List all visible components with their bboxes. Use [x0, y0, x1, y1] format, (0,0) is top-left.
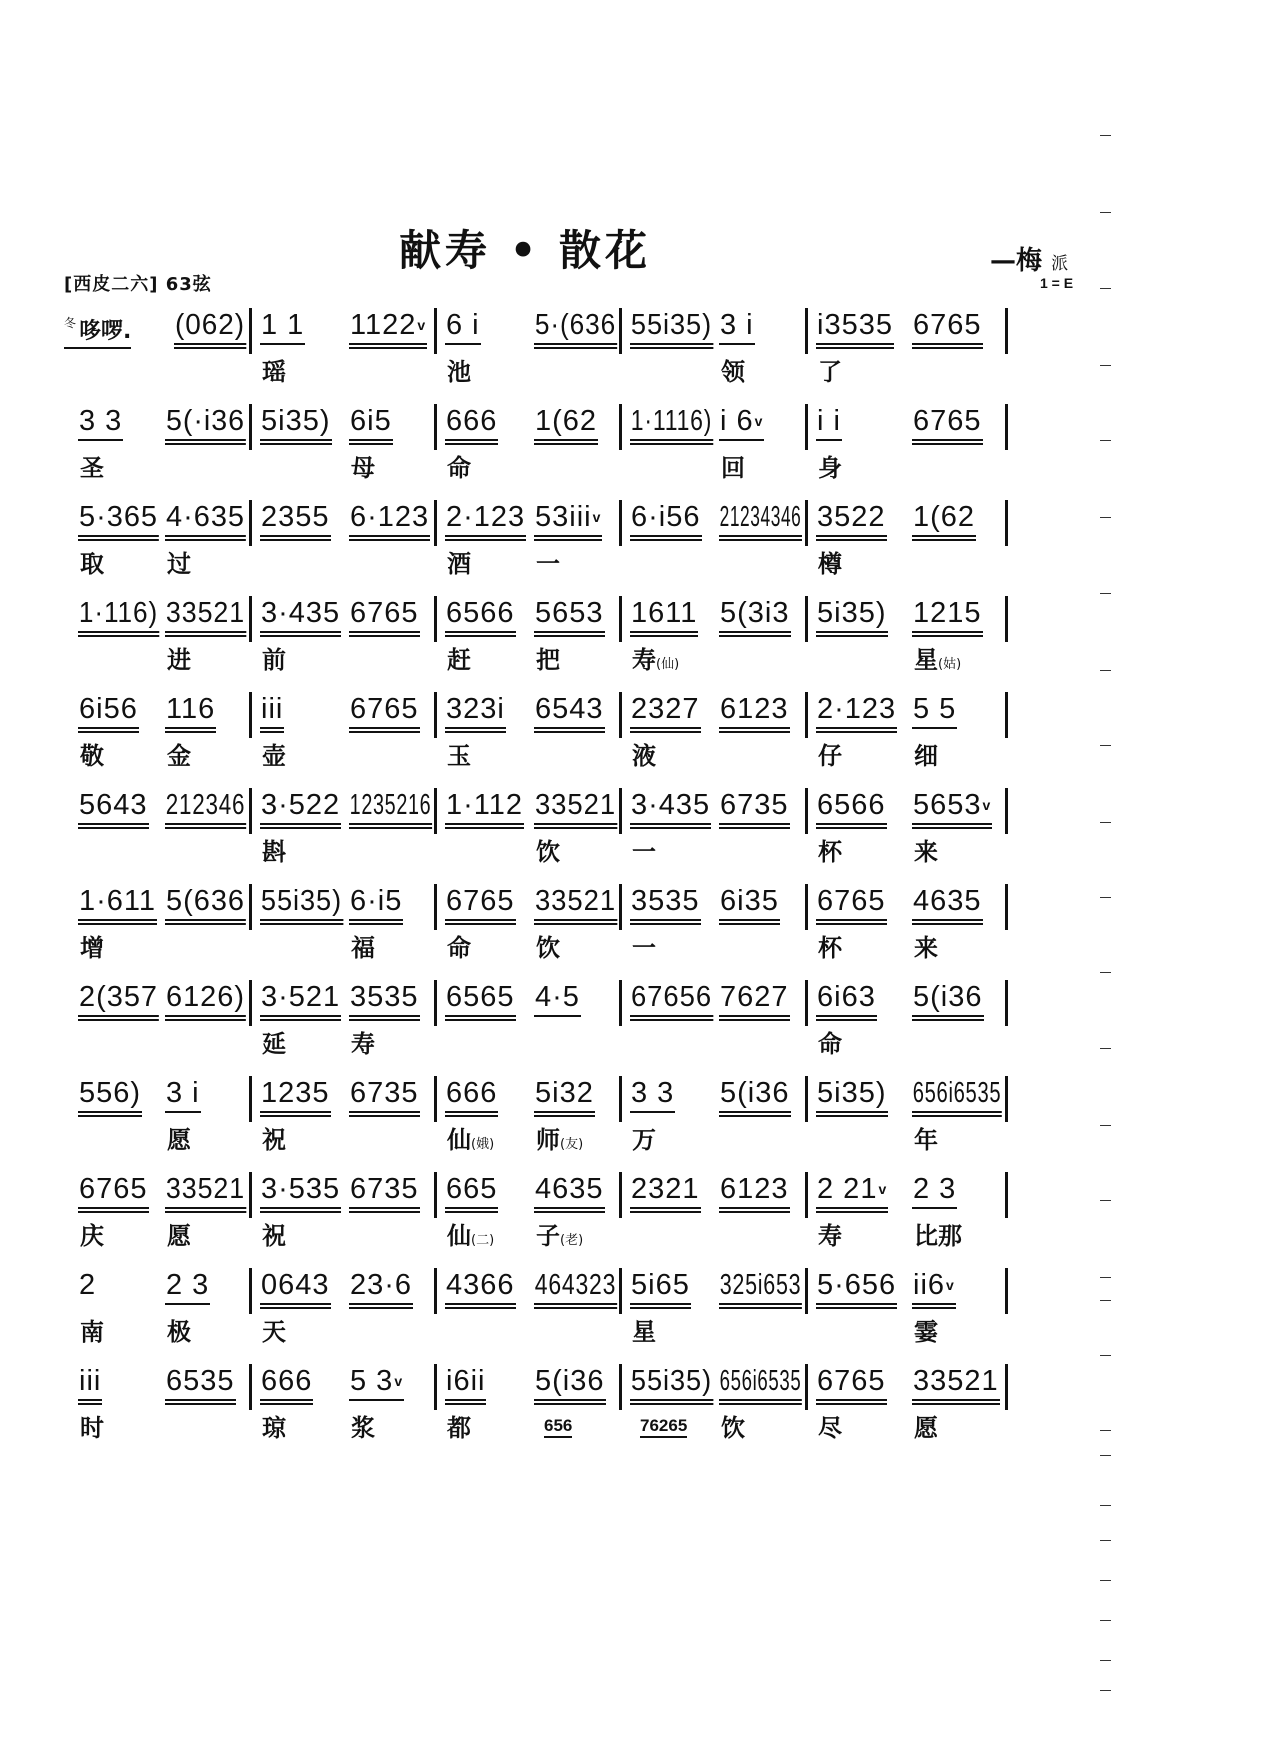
beat-group: 5·656: [816, 1268, 897, 1358]
notes-text: 116: [166, 693, 215, 725]
lyric-char: 尽: [818, 1414, 842, 1442]
beat-group: 5i32师(友): [534, 1076, 595, 1166]
note-group: 1·116): [78, 596, 159, 633]
lyric: 霎: [914, 1312, 938, 1347]
measure: 3·522斟1235216: [252, 788, 437, 834]
lyric-alternative: (友): [560, 1137, 583, 1152]
measure: iii时6535: [70, 1364, 252, 1410]
note-group: 1·112: [445, 788, 524, 825]
note-group: 6565: [445, 980, 516, 1017]
edge-mark: [1100, 1125, 1111, 1126]
beat-group: 3·522斟: [260, 788, 341, 878]
notes-text: 5·365: [79, 501, 158, 533]
edge-mark: [1100, 1300, 1111, 1301]
note-group: i3535: [816, 308, 894, 345]
beat-group: i6ii都: [445, 1364, 486, 1454]
note-group: 6126): [165, 980, 246, 1017]
beat-group: 1235祝: [260, 1076, 331, 1166]
beat-group: 2(357: [78, 980, 159, 1070]
note-group: 2327: [630, 692, 701, 729]
lyric-char: 一: [632, 934, 656, 962]
lyric: 金: [167, 736, 191, 771]
note-group: ii6v: [912, 1268, 956, 1305]
beat-group: 55i35): [630, 308, 719, 398]
measure: 3 3圣5(·i36: [70, 404, 252, 450]
lyric-char: 身: [818, 454, 842, 482]
breath-mark-icon: v: [394, 1373, 403, 1389]
lyric-char: 星: [914, 646, 938, 674]
edge-mark: [1100, 670, 1111, 671]
lyric-char: 回: [721, 454, 745, 482]
lyric-char: 杯: [818, 934, 842, 962]
beat-group: 6·123: [349, 500, 430, 590]
beat-group: 6735: [349, 1172, 420, 1262]
note-group: 5(·i36: [165, 404, 246, 441]
notes-text: 6566: [817, 789, 886, 821]
measure: 65654·5: [437, 980, 622, 1026]
lyric-char: 都: [447, 1414, 471, 1442]
lyric: 庆: [80, 1216, 104, 1251]
note-group: 1611: [630, 596, 698, 633]
note-group: 116: [165, 692, 216, 729]
score-row: 2南2 3极0643天23·643664643235i65星325i6535·6…: [0, 1268, 1272, 1358]
measure: 1·11233521饮: [437, 788, 622, 834]
measure: 3·535祝6735: [252, 1172, 437, 1218]
notes-text: 6i35: [720, 885, 779, 917]
lyric: 斟: [262, 832, 286, 867]
notes-text: 6765: [350, 693, 419, 725]
notes-text: 33521: [535, 789, 616, 821]
notes-text: 3·522: [261, 789, 340, 821]
notes-text: i 6: [720, 405, 754, 437]
edge-mark: [1100, 288, 1111, 289]
note-group: 6i35: [719, 884, 780, 921]
lyric: 命: [818, 1024, 842, 1059]
notes-text: 6565: [446, 981, 515, 1013]
edge-mark: [1100, 517, 1111, 518]
edge-mark: [1100, 1580, 1111, 1581]
lyric: 一: [536, 544, 560, 579]
notes-text: 464323: [535, 1269, 616, 1301]
note-group: 7627: [719, 980, 790, 1017]
beat-group: 33521进: [165, 596, 253, 686]
notes-text: 1122: [350, 309, 416, 341]
note-group: 6566: [445, 596, 516, 633]
lyric-char: 来: [914, 934, 938, 962]
note-group: 5(i36: [534, 1364, 606, 1401]
lyric: 都: [447, 1408, 471, 1443]
beat-group: 6765: [349, 692, 420, 782]
measure: 0643天23·6: [252, 1268, 437, 1314]
notes-text: 5653: [913, 789, 982, 821]
notes-text: 666: [261, 1365, 312, 1397]
note-group: 666: [445, 404, 498, 441]
beat-group: 6i56敬: [78, 692, 139, 782]
notes-text: 3535: [631, 885, 700, 917]
beat-group: 656i6535年: [912, 1076, 1041, 1166]
notes-text: 665: [446, 1173, 497, 1205]
note-group: 6·123: [349, 500, 430, 537]
lyric-alternative: (老): [560, 1233, 583, 1248]
lyric-char: 仙: [447, 1126, 471, 1154]
beat-group: 6123: [719, 1172, 790, 1262]
note-group: 6535: [165, 1364, 236, 1401]
lyric: 增: [80, 928, 104, 963]
lyric: 寿: [818, 1216, 842, 1251]
lyric: 杯: [818, 928, 842, 963]
lyric: 杯: [818, 832, 842, 867]
edge-mark: [1100, 1200, 1111, 1201]
notes-text: 6i63: [817, 981, 876, 1013]
lyric: 过: [167, 544, 191, 579]
notes-text: 6765: [817, 885, 886, 917]
measure: 1 1瑶1122v: [252, 308, 437, 354]
beat-group: 55i35)76265: [630, 1364, 719, 1454]
notes-text: 5·(636: [535, 309, 616, 341]
note-group: 23·6: [349, 1268, 413, 1305]
notes-text: 6123: [720, 693, 789, 725]
notes-text: 6 i: [446, 309, 480, 341]
lyric-char: 瑶: [262, 358, 286, 386]
measure: 6765尽33521愿: [808, 1364, 1008, 1410]
notes-text: ii6: [913, 1269, 945, 1301]
beat-group: 53iiiv一: [534, 500, 602, 590]
breath-mark-icon: v: [755, 413, 764, 429]
note-group: 21234346: [719, 500, 802, 537]
notes-text: 323i: [446, 693, 505, 725]
note-group: 4366: [445, 1268, 516, 1305]
note-group: iii: [260, 692, 284, 729]
lyric-char: 圣: [80, 454, 104, 482]
note-group: 5i35): [260, 404, 332, 441]
notes-text: 5(i36: [720, 1077, 790, 1109]
note-group: 2·123: [445, 500, 526, 537]
notes-text: 6i56: [79, 693, 138, 725]
score-row: iii时6535666琼5 3v浆i6ii都5(i3665655i35)7626…: [0, 1364, 1272, 1454]
measure: 4366464323: [437, 1268, 622, 1314]
lyric: 前: [262, 640, 286, 675]
lyric: 仔: [818, 736, 842, 771]
lyric-char: 母: [351, 454, 375, 482]
score-row: 冬哆啰.(062)1 1瑶1122v6 i池5·(63655i35)3 i领i3…: [0, 308, 1272, 398]
note-group: 6765: [816, 1364, 887, 1401]
notes-text: i3535: [817, 309, 893, 341]
note-group: 1235216: [349, 788, 432, 825]
notes-text: 6·123: [350, 501, 429, 533]
lyric: 把: [536, 640, 560, 675]
note-group: 67656: [630, 980, 713, 1017]
lyric: 延: [262, 1024, 286, 1059]
measure: 5i35)6i5母: [252, 404, 437, 450]
note-group: 6735: [349, 1076, 420, 1113]
note-group: 5·(636: [534, 308, 617, 345]
lyric: 了: [818, 352, 842, 387]
beat-group: 5i35): [816, 596, 888, 686]
beat-group: iii时: [78, 1364, 102, 1454]
note-group: 6i5: [349, 404, 393, 441]
beat-group: 33521愿: [912, 1364, 1000, 1454]
beat-group: 4·635过: [165, 500, 246, 590]
note-group: 666: [260, 1364, 313, 1401]
lyric: 细: [914, 736, 938, 771]
breath-mark-icon: v: [593, 509, 602, 525]
beat-group: 3522樽: [816, 500, 887, 590]
beat-group: 3 3圣: [78, 404, 123, 494]
measure: 3·435一6735: [622, 788, 808, 834]
lyric-alternative: (二): [471, 1233, 494, 1248]
measure: 6·i5621234346: [622, 500, 808, 546]
notes-text: 6765: [350, 597, 419, 629]
note-group: 3·522: [260, 788, 341, 825]
notes-text: 1215: [913, 597, 982, 629]
notes-text: 6765: [446, 885, 515, 917]
beat-group: 6i5母: [349, 404, 393, 494]
notes-text: iii: [261, 693, 283, 725]
beat-group: 5653把: [534, 596, 605, 686]
lyric-char: 取: [80, 550, 104, 578]
lyric-char: 庆: [80, 1222, 104, 1250]
beat-group: 3 3万: [630, 1076, 675, 1166]
score-row: 1·611增5(63655i35)6·i5福6765命33521饮3535一6i…: [0, 884, 1272, 974]
notes-text: i6ii: [446, 1365, 485, 1397]
beat-group: 3 i愿: [165, 1076, 201, 1166]
measure: 5·656ii6v霎: [808, 1268, 1008, 1314]
note-group: 6·i56: [630, 500, 702, 537]
note-group: 2355: [260, 500, 331, 537]
notes-text: 5i35): [261, 405, 331, 437]
beat-group: ii6v霎: [912, 1268, 956, 1358]
measure: 6566杯5653v来: [808, 788, 1008, 834]
breath-mark-icon: v: [946, 1277, 955, 1293]
beat-group: 2 21v寿: [816, 1172, 888, 1262]
measure: 556)3 i愿: [70, 1076, 252, 1122]
note-group: 5i35): [816, 596, 888, 633]
lyric-char: 子: [536, 1222, 560, 1250]
notes-text: 33521: [166, 597, 245, 629]
beat-group: 2 3极: [165, 1268, 210, 1358]
alternate-notes: 656: [544, 1416, 572, 1438]
edge-mark: [1100, 1690, 1111, 1691]
beat-group: 4635子(老): [534, 1172, 605, 1262]
note-group: 6123: [719, 1172, 790, 1209]
note-group: 2321: [630, 1172, 701, 1209]
notes-text: 5(i36: [535, 1365, 605, 1397]
beat-group: 116金: [165, 692, 216, 782]
edge-mark: [1100, 212, 1111, 213]
beat-group: 666命: [445, 404, 498, 494]
beat-group: 5643: [78, 788, 149, 878]
note-group: 6765: [816, 884, 887, 921]
notes-text: 6123: [720, 1173, 789, 1205]
edge-mark: [1100, 972, 1111, 973]
note-group: 1 1: [260, 308, 305, 345]
lyric-char: 了: [818, 358, 842, 386]
measure: 冬哆啰.(062): [64, 308, 252, 354]
lyric-char: 福: [351, 934, 375, 962]
note-group: 3535: [630, 884, 701, 921]
measure: 6i63命5(i36: [808, 980, 1008, 1026]
note-group: 33521: [165, 596, 246, 633]
notes-text: 53iii: [535, 501, 592, 533]
lyric: 祝: [262, 1120, 286, 1155]
note-group: i i: [816, 404, 842, 441]
edge-mark: [1100, 1455, 1111, 1456]
lyric-char: 延: [262, 1030, 286, 1058]
lyric: 敬: [80, 736, 104, 771]
note-group: 6566: [816, 788, 887, 825]
note-group: iii: [78, 1364, 102, 1401]
notes-text: 5i65: [631, 1269, 690, 1301]
note-group: 323i: [445, 692, 506, 729]
beat-group: 4·5: [534, 980, 581, 1070]
lyric: 取: [80, 544, 104, 579]
beat-group: i3535了: [816, 308, 894, 398]
lyric: 母: [351, 448, 375, 483]
beat-group: 6565: [445, 980, 516, 1070]
lyric: 天: [262, 1312, 286, 1347]
notes-text: 6543: [535, 693, 604, 725]
lyric-char: 玉: [447, 742, 471, 770]
lyric-char: 命: [818, 1030, 842, 1058]
measure: 665仙(二)4635子(老): [437, 1172, 622, 1218]
lyric-char: 饮: [721, 1414, 745, 1442]
note-group: 6765: [349, 692, 420, 729]
beat-group: 6765: [912, 404, 983, 494]
notes-text: 2·123: [446, 501, 525, 533]
note-group: 656i6535: [719, 1364, 802, 1401]
notes-text: 3 3: [631, 1077, 674, 1109]
lyric-char: 寿: [351, 1030, 375, 1058]
note-group: 2(357: [78, 980, 159, 1017]
lyric: 来: [914, 832, 938, 867]
notes-text: 6535: [166, 1365, 235, 1397]
lyric: 子(老): [536, 1216, 583, 1251]
measure: 2南2 3极: [70, 1268, 252, 1314]
lyric: 一: [632, 832, 656, 867]
note-group: 3 3: [78, 404, 123, 441]
lyric-char: 浆: [351, 1414, 375, 1442]
notes-text: 212346: [166, 789, 245, 821]
notes-text: 1(62: [913, 501, 975, 533]
notes-text: (062): [175, 309, 245, 341]
beat-group: 1·112: [445, 788, 524, 878]
beat-group: 5 3v浆: [349, 1364, 404, 1454]
note-group: 6123: [719, 692, 790, 729]
note-group: 6735: [719, 788, 790, 825]
lyric: 祝: [262, 1216, 286, 1251]
measure: 6765庆33521愿: [70, 1172, 252, 1218]
notes-text: 3·535: [261, 1173, 340, 1205]
notes-text: 3 3: [79, 405, 122, 437]
note-group: 5653v: [912, 788, 992, 825]
score-row: 6i56敬116金iii壶6765323i玉65432327液61232·123…: [0, 692, 1272, 782]
note-group: 3 i: [719, 308, 755, 345]
beat-group: 1215星(姑): [912, 596, 983, 686]
beat-group: 3 i领: [719, 308, 755, 398]
notes-text: 1·1116): [631, 405, 712, 437]
note-group: 2 21v: [816, 1172, 888, 1209]
lyric-char: 万: [632, 1126, 656, 1154]
beat-group: 5653v来: [912, 788, 992, 878]
score-body: 冬哆啰.(062)1 1瑶1122v6 i池5·(63655i35)3 i领i3…: [0, 0, 1272, 1746]
edge-mark: [1100, 1620, 1111, 1621]
beat-group: 1611寿(仙): [630, 596, 698, 686]
beat-group: 3535一: [630, 884, 701, 974]
notes-text: 5(636: [166, 885, 245, 917]
notes-text: 1611: [631, 597, 697, 629]
edge-mark: [1100, 745, 1111, 746]
lyric-char: 过: [167, 550, 191, 578]
lyric-char: 琼: [262, 1414, 286, 1442]
note-group: 666: [445, 1076, 498, 1113]
note-group: 5653: [534, 596, 605, 633]
notes-text: 2 3: [913, 1173, 956, 1205]
notes-text: 3 i: [166, 1077, 200, 1109]
beat-group: 4366: [445, 1268, 516, 1358]
notes-text: 556): [79, 1077, 141, 1109]
note-group: 2: [78, 1268, 97, 1303]
beat-group: 666仙(娥): [445, 1076, 498, 1166]
measure: 5i35)1215星(姑): [808, 596, 1008, 642]
beat-group: 6765庆: [78, 1172, 149, 1262]
edge-mark: [1100, 1505, 1111, 1506]
lyric-char: 樽: [818, 550, 842, 578]
lyric-char: 星: [632, 1318, 656, 1346]
note-group: 53iiiv: [534, 500, 602, 537]
lyric-char: 寿: [818, 1222, 842, 1250]
score-row: 6765庆33521愿3·535祝6735665仙(二)4635子(老)2321…: [0, 1172, 1272, 1262]
beat-group: 5(·i36: [165, 404, 247, 494]
notes-text: 55i35): [631, 309, 712, 341]
note-group: 2 3: [165, 1268, 210, 1305]
note-group: 6735: [349, 1172, 420, 1209]
beat-group: 6·i5福: [349, 884, 403, 974]
beat-group: 2·123酒: [445, 500, 526, 590]
lyric-char: 进: [167, 646, 191, 674]
measure: 3 3万5(i36: [622, 1076, 808, 1122]
notes-text: 5i32: [535, 1077, 594, 1109]
notes-text: 3·521: [261, 981, 340, 1013]
lyric-char: 寿: [632, 646, 656, 674]
lyric: 饮: [536, 832, 560, 867]
note-group: 5·365: [78, 500, 159, 537]
notes-text: 33521: [913, 1365, 999, 1397]
beat-group: 6i35: [719, 884, 780, 974]
note-group: 556): [78, 1076, 142, 1113]
notes-text: 21234346: [720, 501, 802, 533]
note-group: 665: [445, 1172, 498, 1209]
beat-group: 556): [78, 1076, 142, 1166]
beat-group: 5·365取: [78, 500, 159, 590]
lyric-char: 杯: [818, 838, 842, 866]
beat-group: 0643天: [260, 1268, 331, 1358]
beat-group: 6566杯: [816, 788, 887, 878]
note-group: 6765: [349, 596, 420, 633]
lyric: 星(姑): [914, 640, 961, 675]
measure: 5·365取4·635过: [70, 500, 252, 546]
notes-text: 656i6535: [720, 1365, 802, 1397]
beat-group: 55i35): [260, 884, 349, 974]
notes-text: 3·435: [631, 789, 710, 821]
note-group: 6765: [912, 308, 983, 345]
beat-group: 5(i36: [912, 980, 984, 1070]
breath-mark-icon: v: [878, 1181, 887, 1197]
notes-text: 23·6: [350, 1269, 412, 1301]
note-group: 3·435: [630, 788, 711, 825]
lyric-char: 酒: [447, 550, 471, 578]
note-group: 5(i36: [912, 980, 984, 1017]
notes-text: 1·112: [446, 789, 523, 821]
